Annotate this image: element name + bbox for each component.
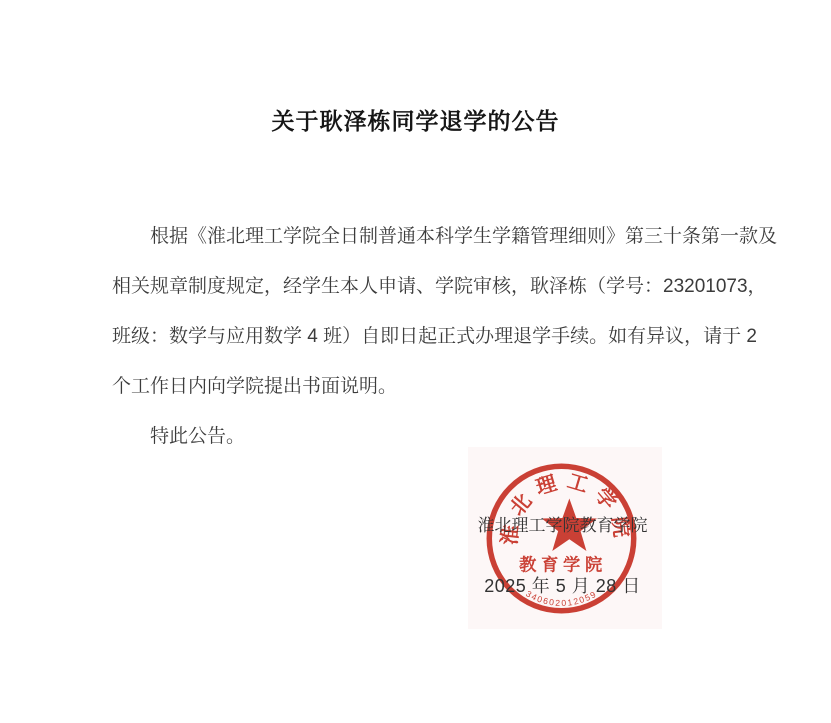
body-line: 相关规章制度规定，经学生本人申请、学院审核，耿泽栋（学号：23201073，	[112, 262, 729, 312]
issuer-signature: 淮北理工学院教育学院	[430, 514, 695, 538]
body-line: 根据《淮北理工学院全日制普通本科学生学籍管理细则》第三十条第一款及	[112, 212, 729, 262]
announcement-body: 根据《淮北理工学院全日制普通本科学生学籍管理细则》第三十条第一款及 相关规章制度…	[112, 212, 729, 462]
page-title: 关于耿泽栋同学退学的公告	[0, 103, 831, 136]
seal-center-text: 教育学院	[519, 555, 607, 575]
closing-line: 特此公告。	[112, 412, 729, 462]
announcement-page: 关于耿泽栋同学退学的公告 根据《淮北理工学院全日制普通本科学生学籍管理细则》第三…	[0, 0, 831, 723]
body-line: 个工作日内向学院提出书面说明。	[112, 362, 729, 412]
issue-date: 2025 年 5 月 28 日	[430, 574, 695, 598]
body-line: 班级：数学与应用数学 4 班）自即日起正式办理退学手续。如有异议，请于 2	[112, 312, 729, 362]
